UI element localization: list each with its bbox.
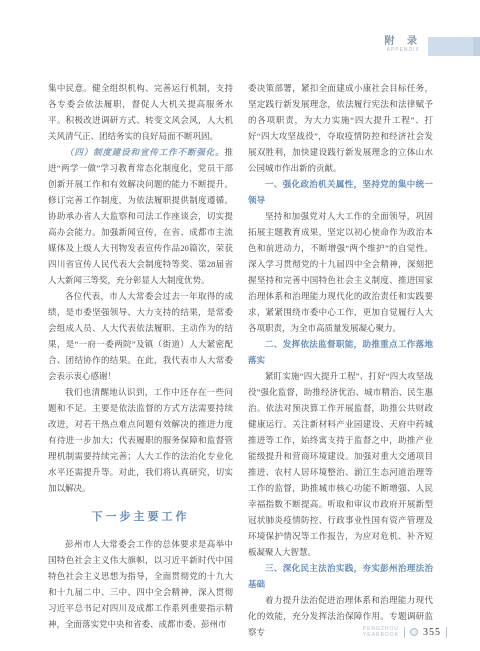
header-band bbox=[428, 37, 480, 56]
page-number: 355 bbox=[423, 627, 441, 638]
subsection-heading: 三、深化民主法治实践，夯实彭州治理法治基础 bbox=[248, 560, 433, 592]
page-footer: PENGZHOU YEARBOOK 355 bbox=[363, 626, 447, 638]
yearbook-brand: PENGZHOU YEARBOOK bbox=[363, 626, 399, 638]
appendix-tag: 附 录 APPENDIX bbox=[385, 36, 423, 54]
yearbook-logo-icon bbox=[410, 628, 418, 636]
appendix-subtitle: APPENDIX bbox=[385, 48, 423, 54]
left-column: 集中民意。健全组织机构、完善运行机制，支持各专委会依法履职，督促人大机关提高服务… bbox=[48, 80, 233, 640]
paragraph: 我们也清醒地认识到，工作中还存在一些问题和不足。主要是依法监督的方式方法需要持续… bbox=[48, 384, 233, 496]
subsection-heading: 一、强化政治机关属性，坚持党的集中统一领导 bbox=[248, 176, 433, 208]
right-column: 委决策部署，紧扣全面建成小康社会目标任务，坚定践行新发展理念，依法履行宪法和法律… bbox=[248, 80, 433, 640]
brand-line2: YEARBOOK bbox=[363, 632, 399, 638]
paragraph-rest: 推进“两学一做”学习教育常态化制度化，党员干部创新开展工作和有效解决问题的能力不… bbox=[48, 147, 233, 285]
text-columns: 集中民意。健全组织机构、完善运行机制，支持各专委会依法履职，督促人大机关提高服务… bbox=[48, 80, 433, 640]
paragraph: 彭州市人大常委会工作的总体要求是高举中国特色社会主义伟大旗帜，以习近平新时代中国… bbox=[48, 536, 233, 632]
paragraph: 各位代表，市人大常委会过去一年取得的成绩，是市委坚强领导、大力支持的结果，是常委… bbox=[48, 288, 233, 384]
header-band-tip bbox=[473, 37, 480, 56]
paragraph: 坚持和加强党对人大工作的全面领导，巩固拓展主题教育成果，坚定以初心使命作为政治本… bbox=[248, 208, 433, 336]
yearbook-page: 附 录 APPENDIX 集中民意。健全组织机构、完善运行机制，支持各专委会依法… bbox=[0, 0, 480, 651]
footer-divider bbox=[404, 627, 405, 638]
paragraph: 委决策部署，紧扣全面建成小康社会目标任务，坚定践行新发展理念，依法履行宪法和法律… bbox=[248, 80, 433, 176]
appendix-title: 附 录 bbox=[385, 36, 423, 47]
paragraph-lead: （四）制度建设和宣传工作不断强化。 bbox=[65, 147, 224, 157]
section-heading: 下一步主要工作 bbox=[48, 509, 233, 525]
footer-divider bbox=[446, 627, 447, 638]
paragraph: （四）制度建设和宣传工作不断强化。推进“两学一做”学习教育常态化制度化，党员干部… bbox=[48, 144, 233, 288]
subsection-heading: 二、发挥依法监督职能，助推重点工作落地落实 bbox=[248, 336, 433, 368]
paragraph: 紧盯实施“四大提升工程”、打好“四大攻坚战役”强化监督，助推经济优治、城市精治、… bbox=[248, 368, 433, 560]
paragraph: 集中民意。健全组织机构、完善运行机制，支持各专委会依法履职，督促人大机关提高服务… bbox=[48, 80, 233, 144]
